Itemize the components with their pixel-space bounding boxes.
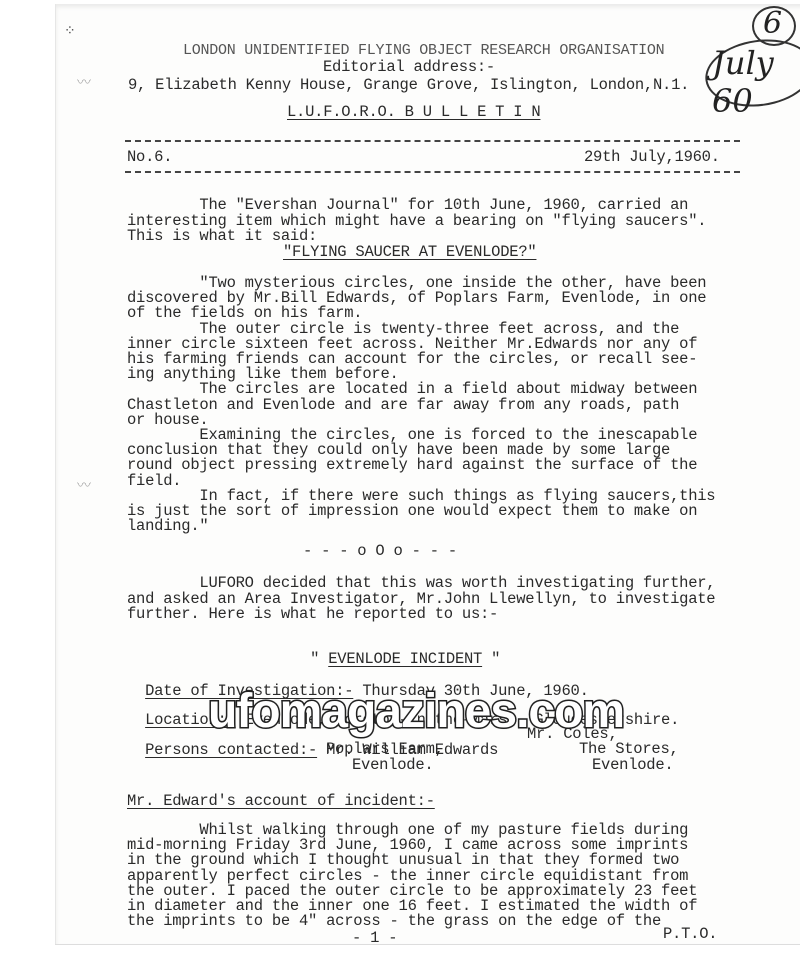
person2-address-line2: Evenlode.	[592, 757, 673, 773]
report-title: " EVENLODE INCIDENT "	[292, 635, 500, 667]
divider-bottom	[125, 171, 740, 173]
newspaper-headline: "FLYING SAUCER AT EVENLODE?"	[283, 244, 536, 260]
handwritten-date: July 60	[712, 44, 800, 120]
divider-top	[125, 140, 740, 142]
text-line: round object pressing extremely hard aga…	[127, 457, 697, 473]
report-title-text: EVENLODE INCIDENT	[328, 650, 482, 668]
text-line: This is what it said:	[127, 228, 317, 244]
text-line: LUFORO decided that this was worth inves…	[127, 575, 715, 591]
quote-open: "	[310, 650, 328, 668]
text-line: further. Here is what he reported to us:…	[127, 606, 498, 622]
watermark: ufomagazines.com	[208, 688, 624, 736]
text-line: the imprints to be 4" across - the grass…	[127, 913, 661, 929]
editorial-label: Editorial address:-	[323, 59, 495, 75]
text-line: of the fields on his farm.	[127, 305, 362, 321]
text-line: The circles are located in a field about…	[127, 381, 697, 397]
organisation-name: LONDON UNIDENTIFIED FLYING OBJECT RESEAR…	[183, 43, 664, 59]
issue-date: 29th July,1960.	[584, 149, 720, 165]
editorial-address: 9, Elizabeth Kenny House, Grange Grove, …	[128, 77, 689, 93]
person1-address-line2: Evenlode.	[352, 757, 433, 773]
person1-address-line1: Poplars Farm,	[326, 741, 444, 757]
page-edge	[55, 944, 800, 962]
ink-speck: ⁘	[64, 23, 76, 40]
handwritten-issue-number: 6	[763, 6, 782, 41]
text-line: The "Evershan Journal" for 10th June, 19…	[127, 197, 688, 213]
persons-label: Persons contacted:-	[145, 741, 317, 759]
section-separator: - - - o O o - - -	[303, 543, 457, 559]
please-turn-over: P.T.O.	[663, 926, 717, 942]
issue-number: No.6.	[127, 149, 172, 165]
punch-hole-mark: 〰	[77, 72, 91, 92]
punch-hole-mark: 〰	[77, 475, 91, 495]
text-line: is just the sort of impression one would…	[127, 503, 697, 519]
person2-address-line1: The Stores,	[579, 741, 679, 757]
text-line: in the ground which I thought unusual in…	[127, 852, 679, 868]
text-line: Chastleton and Evenlode and are far away…	[127, 397, 679, 413]
text-line: landing."	[127, 518, 208, 534]
quote-close: "	[482, 650, 500, 668]
account-heading: Mr. Edward's account of incident:-	[127, 793, 435, 809]
bulletin-title: L.U.F.O.R.O. B U L L E T I N	[287, 104, 540, 120]
